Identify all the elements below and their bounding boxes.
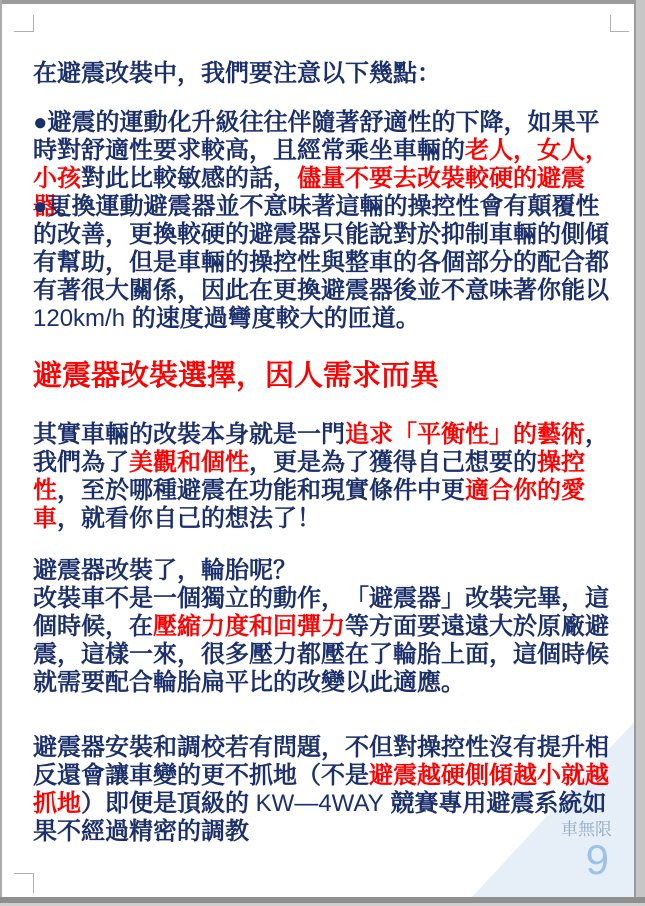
paragraph-bullet-handling: ●更換運動避震器並不意味著這輛的操控性會有顛覆性的改善，更換較硬的避震器只能說對… bbox=[33, 193, 617, 333]
speed-value: 120km/h bbox=[33, 305, 125, 332]
text-segment: ，更是為了獲得自己想要的 bbox=[249, 449, 537, 476]
text-segment: ●更換運動避震器並不意味著這輛的操控性會有顛覆性的改善，更換較硬的避震器只能說對… bbox=[33, 193, 609, 304]
page-edge-right bbox=[634, 0, 645, 906]
paragraph-intro: 在避震改裝中，我們要注意以下幾點： bbox=[33, 60, 617, 88]
red-highlight: 美觀和個性 bbox=[129, 449, 249, 476]
text-segment: 其實車輛的改裝本身就是一門 bbox=[33, 421, 345, 448]
product-name: KW—4WAY bbox=[256, 790, 384, 817]
text-segment: 避震器改裝了，輪胎呢？ bbox=[33, 557, 297, 584]
text-segment: 的速度過彎度較大的匝道。 bbox=[125, 305, 420, 332]
page-edge-left bbox=[0, 0, 2, 906]
crop-mark-top-left bbox=[14, 15, 34, 32]
page-number: 9 bbox=[586, 838, 609, 882]
section-heading: 避震器改裝選擇，因人需求而異 bbox=[33, 359, 617, 393]
document-page: 在避震改裝中，我們要注意以下幾點： ●避震的運動化升級往往伴隨著舒適性的下降，如… bbox=[0, 0, 645, 906]
paragraph-tires: 避震器改裝了，輪胎呢？改裝車不是一個獨立的動作， 「避震器」改裝完畢，這個時候，… bbox=[33, 557, 617, 697]
page-edge-top bbox=[0, 0, 645, 4]
red-highlight: 壓縮力度和回彈力 bbox=[153, 613, 345, 640]
text-segment: ，就看你自己的想法了！ bbox=[57, 505, 321, 532]
page-edge-bottom bbox=[0, 897, 645, 906]
red-highlight: 追求「平衡性」的藝術 bbox=[345, 421, 585, 448]
text-segment: ，至於哪種避震在功能和現實條件中更 bbox=[57, 477, 465, 504]
text-segment: 在避震改裝中，我們要注意以下幾點： bbox=[33, 60, 441, 87]
paragraph-balance-art: 其實車輛的改裝本身就是一門追求「平衡性」的藝術，我們為了美觀和個性，更是為了獲得… bbox=[33, 421, 617, 533]
text-segment: 對此比較敏感的話， bbox=[81, 165, 297, 192]
crop-mark-top-right bbox=[610, 15, 629, 32]
text-segment: ）即便是頂級的 bbox=[81, 790, 256, 817]
crop-mark-bottom-left bbox=[14, 873, 34, 893]
paragraph-tuning-warning: 避震器安裝和調校若有問題，不但對操控性沒有提升相反還會讓車變的更不抓地（不是避震… bbox=[33, 734, 617, 846]
